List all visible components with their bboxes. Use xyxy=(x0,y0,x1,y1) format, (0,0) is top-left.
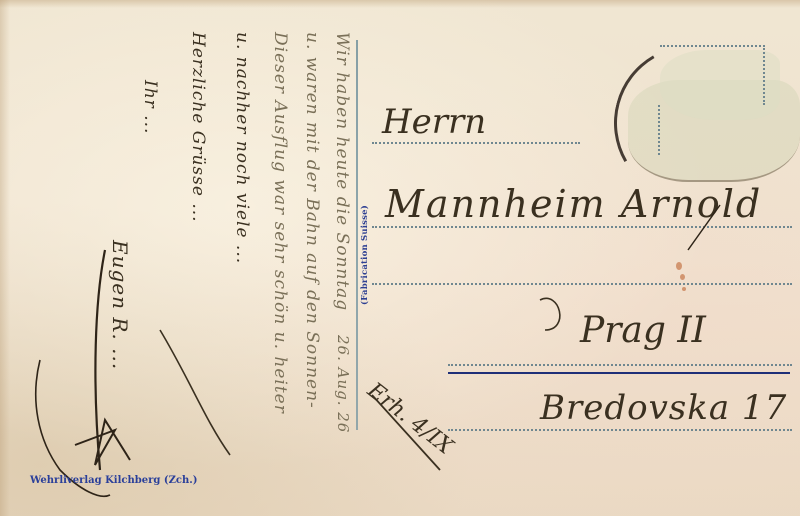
address-line-3 xyxy=(372,283,792,285)
receipt-annotation: Erh. 4/IX xyxy=(363,378,458,460)
card-edge-left xyxy=(0,0,10,516)
address-city: Prag II xyxy=(580,310,706,351)
address-line-1 xyxy=(372,142,580,144)
address-solid-rule xyxy=(448,372,790,374)
postcard-address-side: (Fabrication Suisse) Herrn Mannheim Arno… xyxy=(0,0,800,516)
message-line-2: u. waren mit der Bahn auf den Sonnen- xyxy=(302,32,322,409)
address-line-5 xyxy=(448,429,792,431)
message-line-5: Herzliche Grüsse ... xyxy=(188,32,208,223)
fabrication-suisse-label: (Fabrication Suisse) xyxy=(360,205,370,305)
vertical-divider-line xyxy=(356,40,358,430)
address-line-4 xyxy=(448,364,792,366)
card-edge-top xyxy=(0,0,800,8)
message-line-3: Dieser Ausflug war sehr schön u. heiter xyxy=(270,32,290,414)
address-line-2 xyxy=(372,226,792,228)
publisher-imprint: Wehrliverlag Kilchberg (Zch.) xyxy=(30,475,197,486)
address-street: Bredovska 17 xyxy=(540,388,787,428)
message-line-6: Ihr ... xyxy=(140,80,160,134)
address-salutation: Herrn xyxy=(382,102,486,142)
message-line-4: u. nachher noch viele ... xyxy=(232,32,252,264)
rust-spot xyxy=(680,274,685,280)
rust-spot xyxy=(682,287,686,291)
message-signature: Eugen R. ... xyxy=(108,240,132,370)
message-date: 26. Aug. 26 xyxy=(334,335,352,433)
message-line-1: Wir haben heute die Sonntag xyxy=(332,32,352,311)
rust-spot xyxy=(676,262,682,270)
address-recipient-name: Mannheim Arnold xyxy=(385,182,762,226)
